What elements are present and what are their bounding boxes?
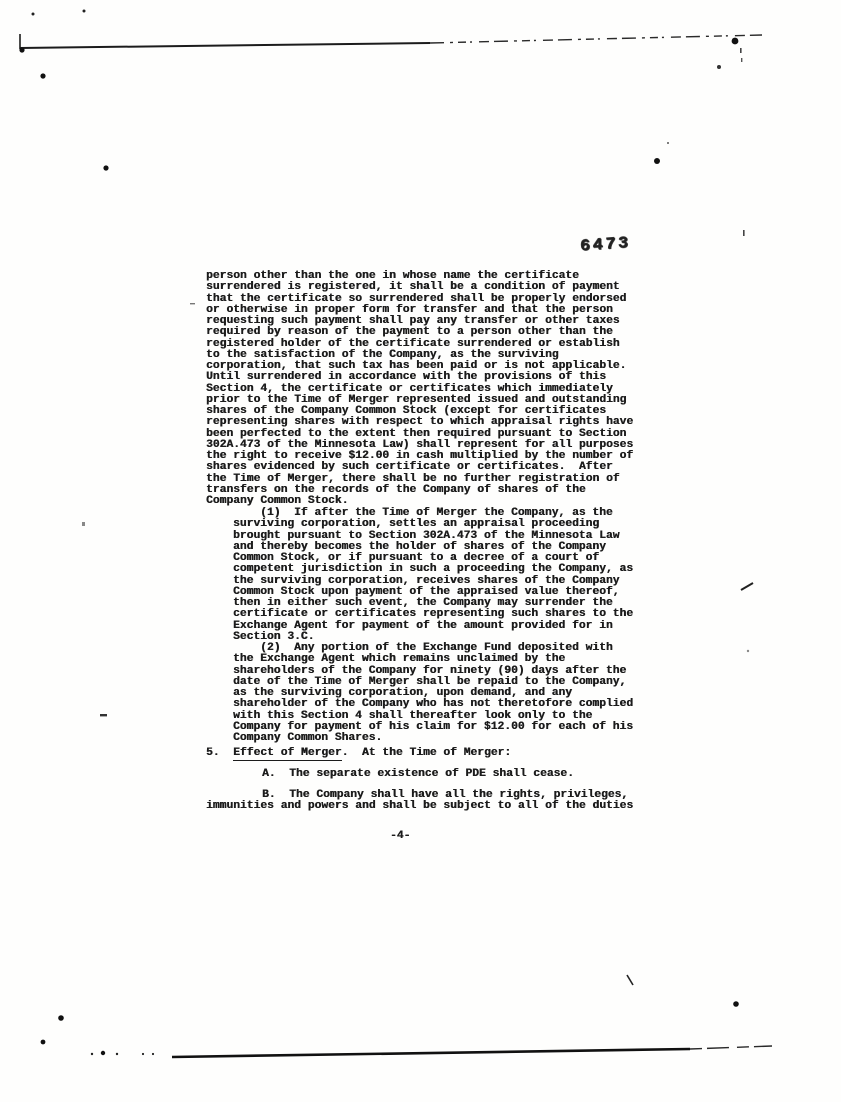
scan-dot [152, 1053, 154, 1055]
scan-dot [667, 142, 669, 144]
scan-dot [19, 47, 24, 52]
section-5-heading-line: 5. Effect of Merger. At the Time of Merg… [206, 748, 656, 759]
scan-dot [116, 1053, 118, 1055]
sub-paragraph-2: (2) Any portion of the Exchange Fund dep… [233, 643, 663, 744]
document-number-stamp: 6473 [580, 234, 631, 257]
sub-paragraph-1: (1) If after the Time of Merger the Comp… [233, 508, 663, 643]
section-number: 5. [206, 747, 233, 759]
scan-tick [741, 58, 742, 62]
scan-dot [41, 1040, 46, 1045]
scan-dot [101, 1051, 105, 1055]
scan-dot [103, 165, 108, 170]
scan-dot [58, 1015, 64, 1021]
scan-line-bottom-dashed [690, 1046, 772, 1049]
section-5-item-b: B. The Company shall have all the rights… [206, 790, 666, 813]
scan-line-bottom-solid [172, 1049, 690, 1057]
scan-dot [142, 1053, 144, 1055]
scan-dash [82, 522, 85, 526]
scan-dot [654, 158, 660, 164]
section-5-item-a: A. The separate existence of PDE shall c… [262, 769, 682, 780]
scan-dot [732, 38, 739, 45]
scan-backslash-mark [627, 975, 633, 985]
scan-dot [747, 650, 749, 652]
scan-dot [32, 13, 35, 16]
scan-dot [40, 73, 45, 78]
scan-line-top-solid [20, 43, 430, 48]
scan-dot [717, 65, 721, 69]
scanned-document-page: 6473 person other than the one in whose … [0, 0, 841, 1102]
scan-dot [91, 1053, 93, 1055]
scan-line-top-dashed [430, 35, 762, 43]
scan-tick [743, 230, 745, 236]
main-paragraph: person other than the one in whose name … [206, 271, 656, 507]
scan-dot [83, 10, 86, 13]
scan-slash-mark [741, 583, 753, 590]
scan-dash [190, 303, 195, 304]
scan-dot [733, 1001, 739, 1007]
page-number: -4- [390, 831, 450, 842]
scan-dash [100, 714, 107, 716]
section-heading-underlined: Effect of Merger [233, 747, 341, 761]
section-heading-suffix: . At the Time of Merger: [342, 747, 511, 759]
scan-tick [740, 48, 742, 53]
